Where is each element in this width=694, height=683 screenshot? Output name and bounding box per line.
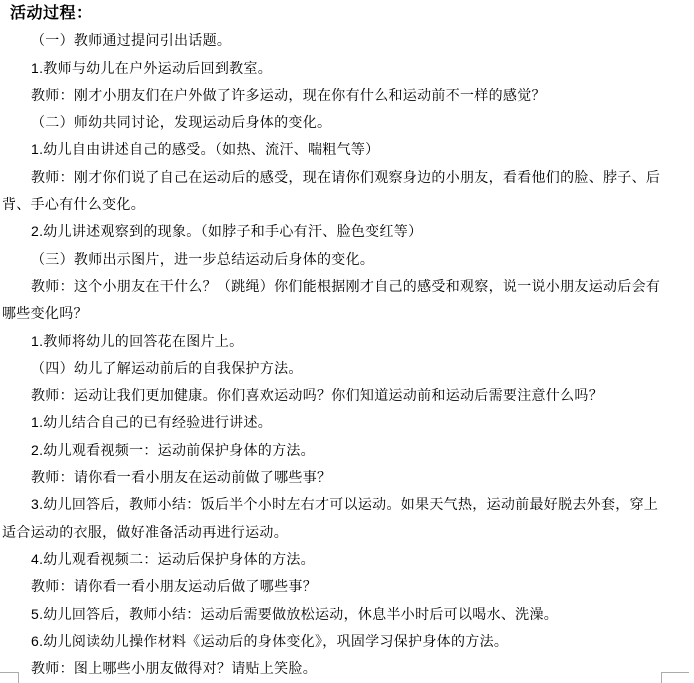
page-title: 活动过程： [0,0,694,27]
doc-line: 1.幼儿自由讲述自己的感受。（如热、流汗、喘粗气等） [0,136,694,163]
doc-line: 1.教师与幼儿在户外运动后回到教室。 [0,55,694,82]
doc-line-continuation: 哪些变化吗？ [0,300,694,327]
doc-line: 6.幼儿阅读幼儿操作材料《运动后的身体变化》，巩固学习保护身体的方法。 [0,628,694,655]
doc-line: 2.幼儿观看视频一：运动前保护身体的方法。 [0,437,694,464]
doc-line-continuation: 适合运动的衣服，做好准备活动再进行运动。 [0,519,694,546]
doc-line: 教师：这个小朋友在干什么？（跳绳）你们能根据刚才自己的感受和观察，说一说小朋友运… [0,273,694,300]
document-page: 活动过程： （一）教师通过提问引出话题。 1.教师与幼儿在户外运动后回到教室。 … [0,0,694,683]
doc-line: 教师：图上哪些小朋友做得对？请贴上笑脸。 [0,655,694,682]
doc-line: 3.幼儿回答后，教师小结：饭后半个小时左右才可以运动。如果天气热，运动前最好脱去… [0,491,694,518]
doc-line: 2.幼儿讲述观察到的现象。（如脖子和手心有汗、脸色变红等） [0,218,694,245]
page-margin-crop-mark-left [0,672,19,683]
page-margin-crop-mark-right [661,672,689,683]
doc-line: 教师：刚才你们说了自己在运动后的感受，现在请你们观察身边的小朋友，看看他们的脸、… [0,164,694,191]
doc-line: 教师：请你看一看小朋友运动后做了哪些事？ [0,573,694,600]
doc-line: 教师：请你看一看小朋友在运动前做了哪些事？ [0,464,694,491]
doc-line: （一）教师通过提问引出话题。 [0,27,694,54]
document-body: 活动过程： （一）教师通过提问引出话题。 1.教师与幼儿在户外运动后回到教室。 … [0,0,694,682]
doc-line: （四）幼儿了解运动前后的自我保护方法。 [0,355,694,382]
doc-line: 1.教师将幼儿的回答花在图片上。 [0,328,694,355]
doc-line: 1.幼儿结合自己的已有经验进行讲述。 [0,409,694,436]
doc-line-continuation: 背、手心有什么变化。 [0,191,694,218]
doc-line: 教师：刚才小朋友们在户外做了许多运动，现在你有什么和运动前不一样的感觉？ [0,82,694,109]
doc-line: （二）师幼共同讨论，发现运动后身体的变化。 [0,109,694,136]
doc-line: 4.幼儿观看视频二：运动后保护身体的方法。 [0,546,694,573]
doc-line: 5.幼儿回答后，教师小结：运动后需要做放松运动，休息半小时后可以喝水、洗澡。 [0,601,694,628]
doc-line: （三）教师出示图片，进一步总结运动后身体的变化。 [0,246,694,273]
doc-line: 教师：运动让我们更加健康。你们喜欢运动吗？你们知道运动前和运动后需要注意什么吗？ [0,382,694,409]
